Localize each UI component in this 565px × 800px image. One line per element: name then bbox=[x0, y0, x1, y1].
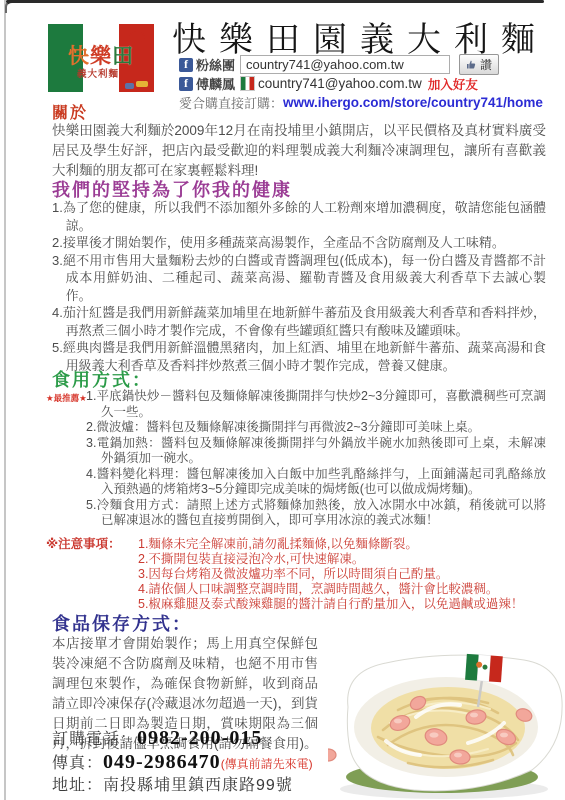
health-list-item: 1.為了您的健康，所以我們不添加額外多餘的人工粉劑來增加濃稠度，敬請您能包涵體諒… bbox=[52, 199, 546, 234]
usage-list-item: 2.微波爐：醬料包及麵條解凍後撕開拌勻再微波2~3分鐘即可美味上桌。 bbox=[86, 420, 546, 436]
logo-dish-doodle bbox=[136, 81, 148, 87]
shop-link-label: 愛合購直接訂購： bbox=[179, 93, 283, 112]
usage-list-item: 3.電鍋加熱：醬料包及麵條解凍後撕開拌勻外鍋放半碗水加熱後即可上桌，未解凍外鍋須… bbox=[86, 436, 546, 467]
pasta-dish-image bbox=[328, 645, 565, 800]
facebook-friend-row: f 傅麟鳳 country741@yahoo.com.tw 加入好友 bbox=[179, 74, 478, 93]
phone-row: 訂購電話：0982-200-015 bbox=[52, 726, 262, 750]
usage-list: 1.平底鍋快炒－醬料包及麵條解凍後撕開拌勻快炒2~3分鐘即可，喜歡濃稠些可烹調久… bbox=[86, 389, 546, 529]
phone-label: 訂購電話： bbox=[52, 731, 137, 748]
about-body: 快樂田園義大利麵於2009年12月在南投埔里小鎮開店，以平民價格及真材實料廣受居… bbox=[52, 121, 546, 181]
owner-name-label: 傅麟鳳 bbox=[196, 74, 235, 93]
like-button-label: 讚 bbox=[480, 56, 492, 73]
scan-top-edge bbox=[6, 0, 544, 3]
shop-logo: 快樂田 義大利麵 bbox=[48, 24, 154, 92]
notes-block: ※注意事項： 1.麵條未完全解凍前,請勿亂揉麵條,以免麵條斷裂。2.不撕開包裝直… bbox=[46, 537, 551, 612]
fax-row: 傳真：049-2986470(傳真前請先來電) bbox=[52, 750, 313, 774]
scan-left-edge bbox=[4, 0, 6, 800]
fax-note: (傳真前請先來電) bbox=[221, 757, 313, 771]
health-list: 1.為了您的健康，所以我們不添加額外多餘的人工粉劑來增加濃稠度，敬請您能包涵體諒… bbox=[52, 199, 546, 374]
notes-list: 1.麵條未完全解凍前,請勿亂揉麵條,以免麵條斷裂。2.不撕開包裝直接浸泡冷水,可… bbox=[138, 537, 551, 612]
shop-link-row: 愛合購直接訂購： www.ihergo.com/store/country741… bbox=[179, 93, 543, 112]
note-item: 5.椒麻雞腿及泰式酸辣雞腿的醬汁請自行酌量加入，以免過鹹或過辣！ bbox=[138, 597, 551, 612]
health-list-item: 4.茄汁紅醬是我們用新鮮蔬菜加埔里在地新鮮牛蕃茄及食用級義大利香草和香料拌炒，再… bbox=[52, 304, 546, 339]
usage-list-item: 5.冷麵食用方式：請照上述方式將麵條加熱後，放入冰開水中冰鎮，稍後就可以將已解凍… bbox=[86, 498, 546, 529]
friend-email: country741@yahoo.com.tw bbox=[258, 76, 422, 91]
fax-label: 傳真： bbox=[52, 755, 103, 772]
fax-number: 049-2986470 bbox=[103, 751, 221, 773]
address-label: 地址： bbox=[52, 777, 103, 794]
facebook-fanpage-row: f 粉絲團 country741@yahoo.com.tw 讚 bbox=[179, 54, 499, 75]
flyer-page: 快樂田 義大利麵 快樂田園義大利麵 f 粉絲團 country741@yahoo… bbox=[0, 0, 565, 800]
fanpage-email-box[interactable]: country741@yahoo.com.tw bbox=[240, 55, 450, 74]
shop-url-link[interactable]: www.ihergo.com/store/country741/home bbox=[283, 95, 543, 110]
add-friend-link[interactable]: 加入好友 bbox=[428, 75, 478, 93]
health-list-item: 2.接單後才開始製作，使用多種蔬菜高湯製作，全產品不含防腐劑及人工味精。 bbox=[52, 234, 546, 252]
like-button[interactable]: 讚 bbox=[459, 54, 499, 75]
logo-dish-doodle bbox=[125, 83, 134, 89]
address-value: 南投縣埔里鎮西康路99號 bbox=[103, 777, 293, 794]
facebook-icon: f bbox=[179, 77, 193, 91]
thumb-up-icon bbox=[466, 59, 477, 70]
note-item: 3.因每台烤箱及微波爐功率不同，所以時間須自己酌量。 bbox=[138, 567, 551, 582]
about-heading: 關於 bbox=[52, 100, 88, 123]
storage-heading: 食品保存方式： bbox=[52, 610, 192, 636]
phone-number: 0982-200-015 bbox=[137, 727, 262, 749]
note-item: 2.不撕開包裝直接浸泡冷水,可快速解凍。 bbox=[138, 552, 551, 567]
health-list-item: 3.絕不用市售用大量麵粉去炒的白醬或青醬調理包(低成本)，每一份白醬及青醬都不計… bbox=[52, 252, 546, 305]
usage-list-item: 1.平底鍋快炒－醬料包及麵條解凍後撕開拌勻快炒2~3分鐘即可，喜歡濃稠些可烹調久… bbox=[86, 389, 546, 420]
scan-corner bbox=[5, 0, 19, 13]
facebook-icon: f bbox=[179, 58, 193, 72]
address-row: 地址：南投縣埔里鎮西康路99號 bbox=[52, 772, 293, 795]
note-item: 1.麵條未完全解凍前,請勿亂揉麵條,以免麵條斷裂。 bbox=[138, 537, 551, 552]
best-recommended-badge: ★最推薦★ bbox=[46, 392, 87, 404]
shop-logo-icon bbox=[240, 76, 255, 91]
logo-subtitle: 義大利麵 bbox=[48, 66, 148, 80]
fanpage-label: 粉絲團 bbox=[196, 55, 235, 74]
usage-list-item: 4.醬料變化料理：醬包解凍後加入白飯中加些乳酪絲拌勻，上面鋪滿起司乳酪絲放入預熱… bbox=[86, 467, 546, 498]
notes-label: ※注意事項： bbox=[46, 537, 121, 552]
note-item: 4.請依個人口味調整烹調時間，烹調時間越久，醬汁會比較濃稠。 bbox=[138, 582, 551, 597]
